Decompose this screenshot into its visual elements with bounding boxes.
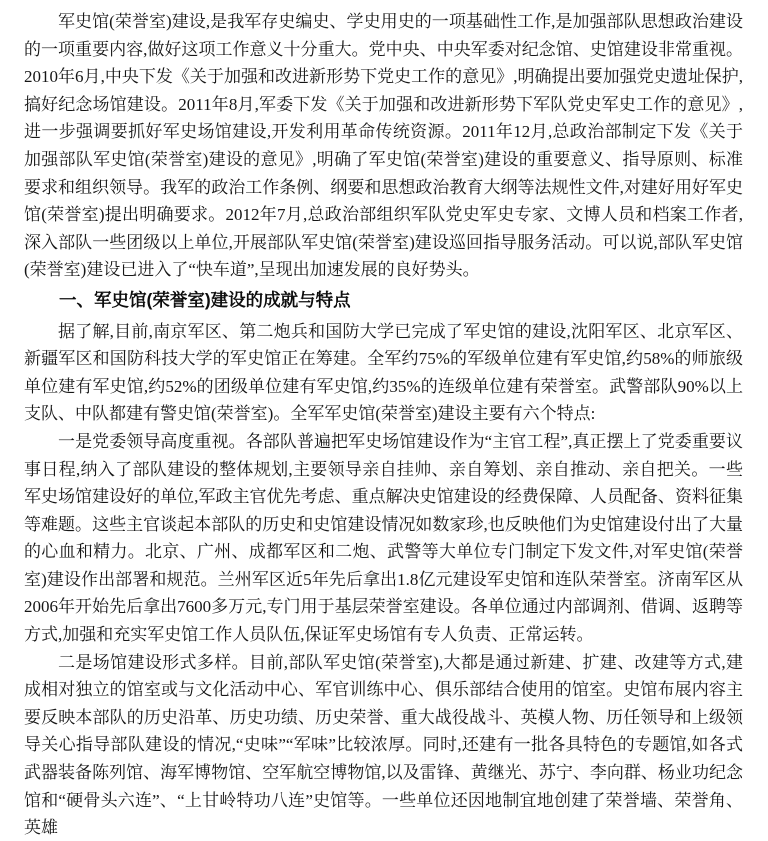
paragraph-overview-statistics: 据了解,目前,南京军区、第二炮兵和国防大学已完成了军史馆的建设,沈阳军区、北京军… bbox=[24, 318, 743, 428]
paragraph-point-2-venue-forms: 二是场馆建设形式多样。目前,部队军史馆(荣誉室),大都是通过新建、扩建、改建等方… bbox=[24, 649, 743, 841]
section-heading: 一、军史馆(荣誉室)建设的成就与特点 bbox=[24, 287, 743, 315]
document-page: 军史馆(荣誉室)建设,是我军存史编史、学史用史的一项基础性工作,是加强部队思想政… bbox=[0, 0, 768, 841]
paragraph-intro: 军史馆(荣誉室)建设,是我军存史编史、学史用史的一项基础性工作,是加强部队思想政… bbox=[24, 8, 743, 284]
paragraph-point-1-leadership: 一是党委领导高度重视。各部队普遍把军史场馆建设作为“主官工程”,真正摆上了党委重… bbox=[24, 428, 743, 649]
